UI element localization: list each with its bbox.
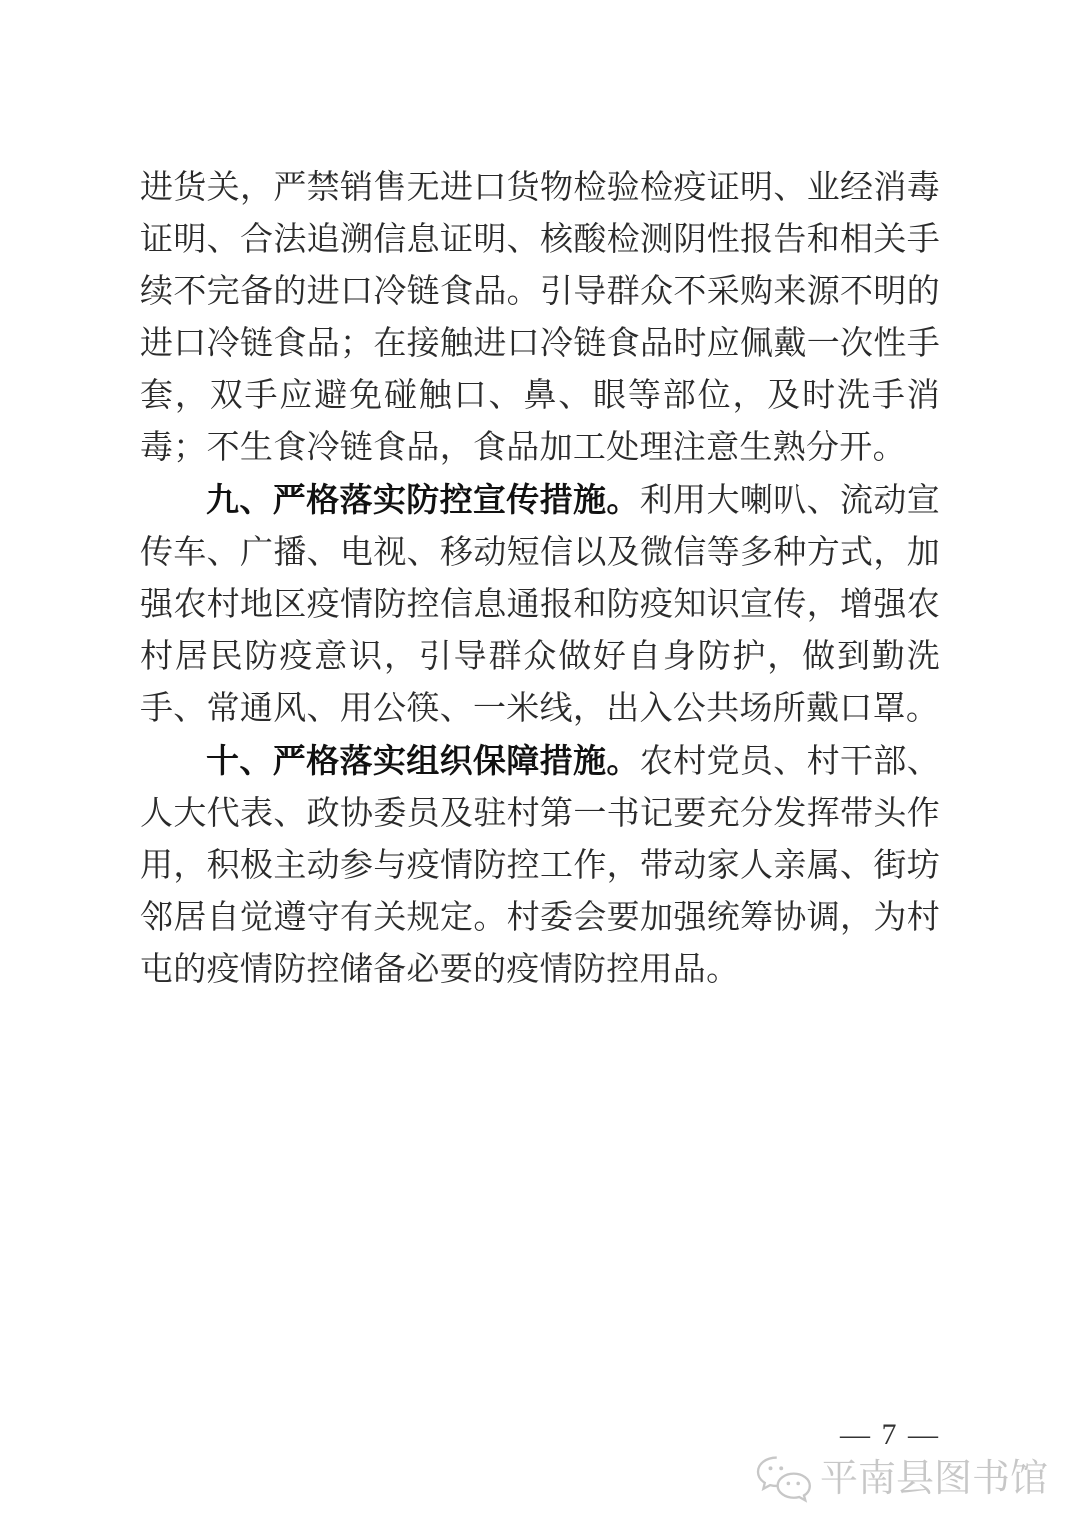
watermark: 平南县图书馆 xyxy=(754,1450,1048,1508)
wechat-icon xyxy=(754,1454,812,1504)
paragraph-text: 农村党员、村干部、人大代表、政协委员及驻村第一书记要充分发挥带头作用，积极主动参… xyxy=(140,744,940,988)
section-heading: 十、严格落实组织保障措施。 xyxy=(206,742,640,779)
section-heading: 九、严格落实防控宣传措施。 xyxy=(206,481,640,518)
paragraph-text: 进货关，严禁销售无进口货物检验检疫证明、业经消毒证明、合法追溯信息证明、核酸检测… xyxy=(140,170,940,466)
document-body: 进货关，严禁销售无进口货物检验检疫证明、业经消毒证明、合法追溯信息证明、核酸检测… xyxy=(140,162,940,996)
paragraph: 进货关，严禁销售无进口货物检验检疫证明、业经消毒证明、合法追溯信息证明、核酸检测… xyxy=(140,162,940,474)
document-page: 进货关，严禁销售无进口货物检验检疫证明、业经消毒证明、合法追溯信息证明、核酸检测… xyxy=(0,0,1080,1528)
paragraph-text: 利用大喇叭、流动宣传车、广播、电视、移动短信以及微信等多种方式，加强农村地区疫情… xyxy=(140,483,940,727)
paragraph: 十、严格落实组织保障措施。农村党员、村干部、人大代表、政协委员及驻村第一书记要充… xyxy=(140,735,940,996)
watermark-label: 平南县图书馆 xyxy=(820,1450,1048,1508)
page-number: — 7 — xyxy=(840,1418,940,1452)
paragraph: 九、严格落实防控宣传措施。利用大喇叭、流动宣传车、广播、电视、移动短信以及微信等… xyxy=(140,474,940,735)
